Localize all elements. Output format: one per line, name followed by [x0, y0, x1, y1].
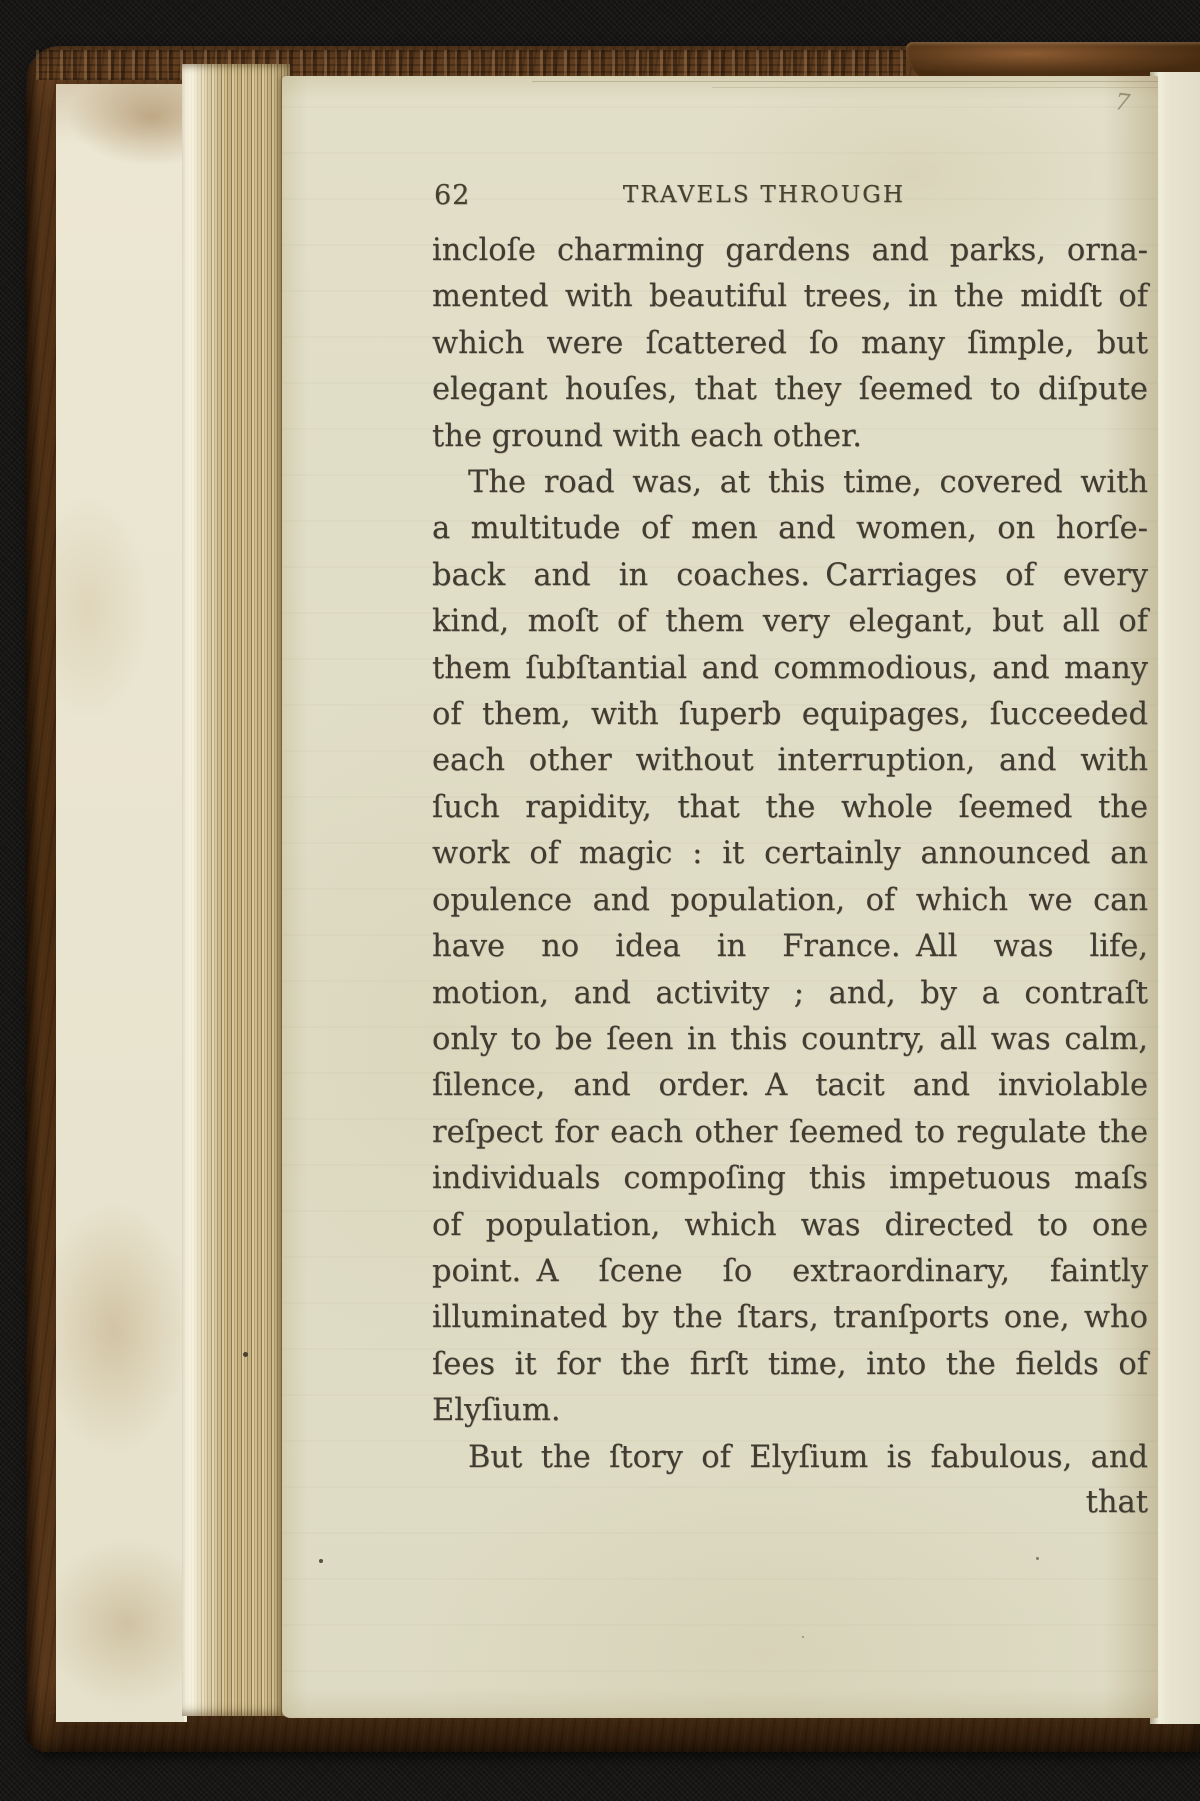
text-line: which were ſcattered ſo many ſimple, but: [432, 321, 1148, 367]
flyleaf-page: [56, 84, 187, 1722]
leaf-edge-line: [712, 87, 1158, 88]
catchword-row: that: [432, 1480, 1148, 1526]
text-line: The road was, at this time, covered with: [432, 460, 1148, 506]
text-line: have no idea in France. All was life,: [432, 924, 1148, 970]
page-number: 62: [434, 180, 470, 211]
ink-speck: [243, 1352, 248, 1357]
book-page: 62 TRAVELS THROUGH 7 incloſe charming ga…: [282, 76, 1158, 1718]
text-line: point. A ſcene ſo extraordinary, faintly: [432, 1249, 1148, 1295]
catchword: that: [432, 1480, 1148, 1526]
text-line: the ground with each other.: [432, 414, 1148, 460]
text-line: work of magic : it certainly announced a…: [432, 831, 1148, 877]
text-line: each other without interruption, and wit…: [432, 738, 1148, 784]
text-line: ſees it for the firſt time, into the fie…: [432, 1342, 1148, 1388]
text-line: motion, and activity ; and, by a contraſ…: [432, 971, 1148, 1017]
text-line: of them, with ſuperb equipages, ſucceede…: [432, 692, 1148, 738]
text-line: of population, which was directed to one: [432, 1203, 1148, 1249]
text-line: Elyſium.: [432, 1388, 1148, 1434]
text-line: mented with beautiful trees, in the midſ…: [432, 274, 1148, 320]
text-line: ſilence, and order. A tacit and inviolab…: [432, 1063, 1148, 1109]
text-line: a multitude of men and women, on horſe-: [432, 506, 1148, 552]
text-line: opulence and population, of which we can: [432, 878, 1148, 924]
page-header: 62 TRAVELS THROUGH: [432, 176, 1148, 216]
leaf-edge-line: [532, 81, 1158, 82]
ink-speck: [802, 1636, 804, 1638]
ink-speck: [319, 1559, 323, 1563]
running-title: TRAVELS THROUGH: [623, 182, 905, 208]
text-line: them ſubſtantial and commodious, and man…: [432, 646, 1148, 692]
text-line: incloſe charming gardens and parks, orna…: [432, 228, 1148, 274]
text-line: elegant houſes, that they ſeemed to diſp…: [432, 367, 1148, 413]
pencil-margin-mark: 7: [1113, 89, 1131, 117]
text-line: kind, moſt of them very elegant, but all…: [432, 599, 1148, 645]
text-line: only to be ſeen in this country, all was…: [432, 1017, 1148, 1063]
ink-speck: [1036, 1557, 1039, 1560]
text-line: illuminated by the ſtars, tranſports one…: [432, 1295, 1148, 1341]
text-line: ſuch rapidity, that the whole ſeemed the: [432, 785, 1148, 831]
text-line: individuals compoſing this impetuous maſ…: [432, 1156, 1148, 1202]
text-line: But the ſtory of Elyſium is fabulous, an…: [432, 1435, 1148, 1481]
page-stack-edges: [182, 64, 290, 1716]
text-line: reſpect for each other ſeemed to regulat…: [432, 1110, 1148, 1156]
text-line: back and in coaches. Carriages of every: [432, 553, 1148, 599]
book-photo-scene: 62 TRAVELS THROUGH 7 incloſe charming ga…: [0, 0, 1200, 1801]
body-text: incloſe charming gardens and parks, orna…: [432, 228, 1148, 1481]
